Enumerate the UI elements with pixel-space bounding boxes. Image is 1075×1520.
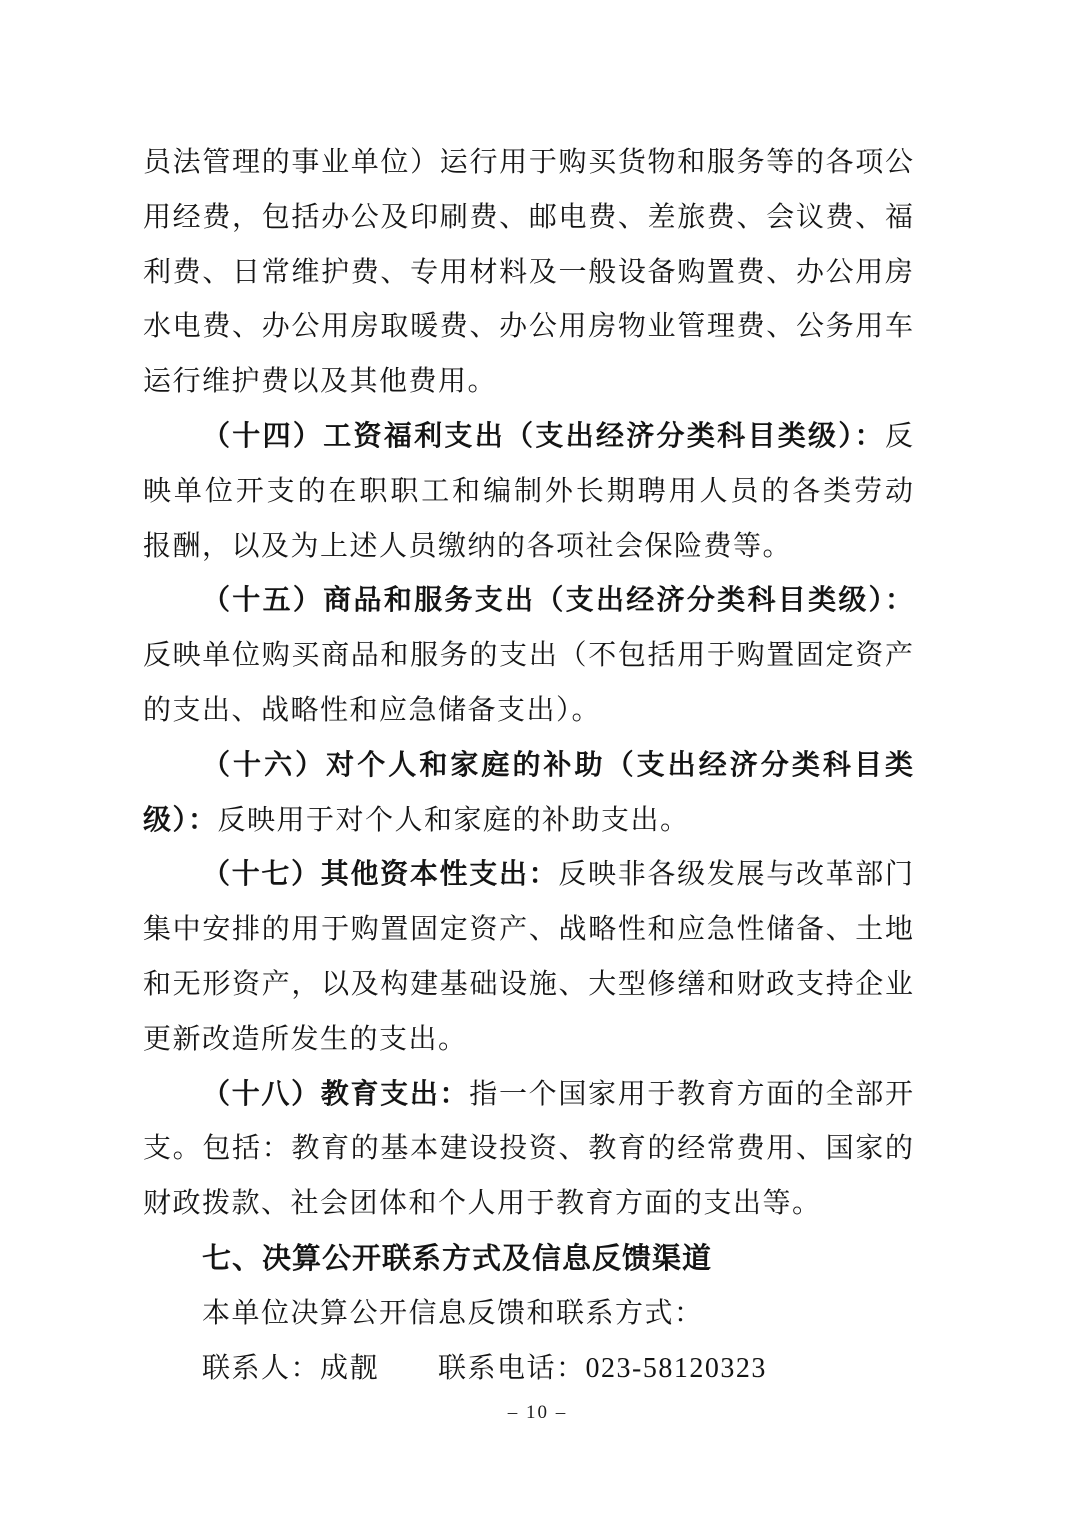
text-line: 更新改造所发生的支出。 bbox=[143, 1013, 913, 1068]
text-line: 集中安排的用于购置固定资产、战略性和应急性储备、土地 bbox=[143, 903, 913, 958]
text-line: 和无形资产，以及构建基础设施、大型修缮和财政支持企业 bbox=[143, 958, 913, 1013]
text-run: 财政拨款、社会团体和个人用于教育方面的支出等。 bbox=[143, 1188, 822, 1219]
text-line: 的支出、战略性和应急储备支出）。 bbox=[143, 684, 913, 739]
text-run: （十六）对个人和家庭的补助（支出经济分类科目类 bbox=[202, 750, 913, 781]
text-line: 反映单位购买商品和服务的支出（不包括用于购置固定资产 bbox=[143, 629, 913, 684]
text-run: 反映非各级发展与改革部门 bbox=[558, 859, 913, 890]
text-line: 水电费、办公用房取暖费、办公用房物业管理费、公务用车 bbox=[143, 300, 913, 355]
text-run: 用经费，包括办公及印刷费、邮电费、差旅费、会议费、福 bbox=[143, 202, 913, 233]
text-run: 水电费、办公用房取暖费、办公用房物业管理费、公务用车 bbox=[143, 311, 913, 342]
text-run: 和无形资产，以及构建基础设施、大型修缮和财政支持企业 bbox=[143, 969, 913, 1000]
text-line: 支。包括：教育的基本建设投资、教育的经常费用、国家的 bbox=[143, 1122, 913, 1177]
text-line: 级）：反映用于对个人和家庭的补助支出。 bbox=[143, 794, 913, 849]
text-run: 指一个国家用于教育方面的全部开 bbox=[469, 1079, 913, 1110]
text-run: 映单位开支的在职职工和编制外长期聘用人员的各类劳动 bbox=[143, 476, 913, 507]
page-number: – 10 – bbox=[0, 1400, 1075, 1426]
text-run: 本单位决算公开信息反馈和联系方式： bbox=[202, 1298, 704, 1329]
text-run: （十五）商品和服务支出（支出经济分类科目类级）： bbox=[202, 585, 913, 616]
text-line: 利费、日常维护费、专用材料及一般设备购置费、办公用房 bbox=[143, 246, 913, 301]
text-line: 财政拨款、社会团体和个人用于教育方面的支出等。 bbox=[143, 1177, 913, 1232]
document-page: 员法管理的事业单位）运行用于购买货物和服务等的各项公用经费，包括办公及印刷费、邮… bbox=[0, 0, 1075, 1520]
text-line: 联系人：成靓 联系电话：023-58120323 bbox=[143, 1342, 913, 1397]
text-run: 集中安排的用于购置固定资产、战略性和应急性储备、土地 bbox=[143, 914, 913, 945]
section-heading: 七、决算公开联系方式及信息反馈渠道 bbox=[143, 1232, 913, 1287]
text-run: 支。包括：教育的基本建设投资、教育的经常费用、国家的 bbox=[143, 1133, 913, 1164]
text-run: 利费、日常维护费、专用材料及一般设备购置费、办公用房 bbox=[143, 257, 913, 288]
text-run: （十四）工资福利支出（支出经济分类科目类级）： bbox=[202, 421, 885, 452]
text-run: 级）： bbox=[143, 805, 218, 836]
text-line: （十六）对个人和家庭的补助（支出经济分类科目类 bbox=[143, 739, 913, 794]
text-run: 运行维护费以及其他费用。 bbox=[143, 366, 497, 397]
text-run: 七、决算公开联系方式及信息反馈渠道 bbox=[202, 1243, 712, 1275]
text-line: 用经费，包括办公及印刷费、邮电费、差旅费、会议费、福 bbox=[143, 191, 913, 246]
text-run: 的支出、战略性和应急储备支出）。 bbox=[143, 695, 601, 726]
text-run: （十七）其他资本性支出： bbox=[202, 859, 558, 890]
text-line: 本单位决算公开信息反馈和联系方式： bbox=[143, 1287, 913, 1342]
text-line: （十五）商品和服务支出（支出经济分类科目类级）： bbox=[143, 574, 913, 629]
document-body: 员法管理的事业单位）运行用于购买货物和服务等的各项公用经费，包括办公及印刷费、邮… bbox=[143, 136, 913, 1396]
text-run: （十八）教育支出： bbox=[202, 1079, 469, 1110]
text-run: 反 bbox=[885, 421, 913, 452]
text-run: 报酬，以及为上述人员缴纳的各项社会保险费等。 bbox=[143, 531, 792, 562]
text-line: （十四）工资福利支出（支出经济分类科目类级）：反 bbox=[143, 410, 913, 465]
text-run: 员法管理的事业单位）运行用于购买货物和服务等的各项公 bbox=[143, 147, 913, 178]
text-run: 反映单位购买商品和服务的支出（不包括用于购置固定资产 bbox=[143, 640, 913, 671]
text-line: 员法管理的事业单位）运行用于购买货物和服务等的各项公 bbox=[143, 136, 913, 191]
text-line: 报酬，以及为上述人员缴纳的各项社会保险费等。 bbox=[143, 520, 913, 575]
text-run: 更新改造所发生的支出。 bbox=[143, 1024, 468, 1055]
text-line: （十七）其他资本性支出：反映非各级发展与改革部门 bbox=[143, 848, 913, 903]
text-line: 运行维护费以及其他费用。 bbox=[143, 355, 913, 410]
text-run: 联系人：成靓 联系电话：023-58120323 bbox=[202, 1353, 767, 1384]
text-run: 反映用于对个人和家庭的补助支出。 bbox=[218, 805, 690, 836]
text-line: （十八）教育支出：指一个国家用于教育方面的全部开 bbox=[143, 1068, 913, 1123]
text-line: 映单位开支的在职职工和编制外长期聘用人员的各类劳动 bbox=[143, 465, 913, 520]
